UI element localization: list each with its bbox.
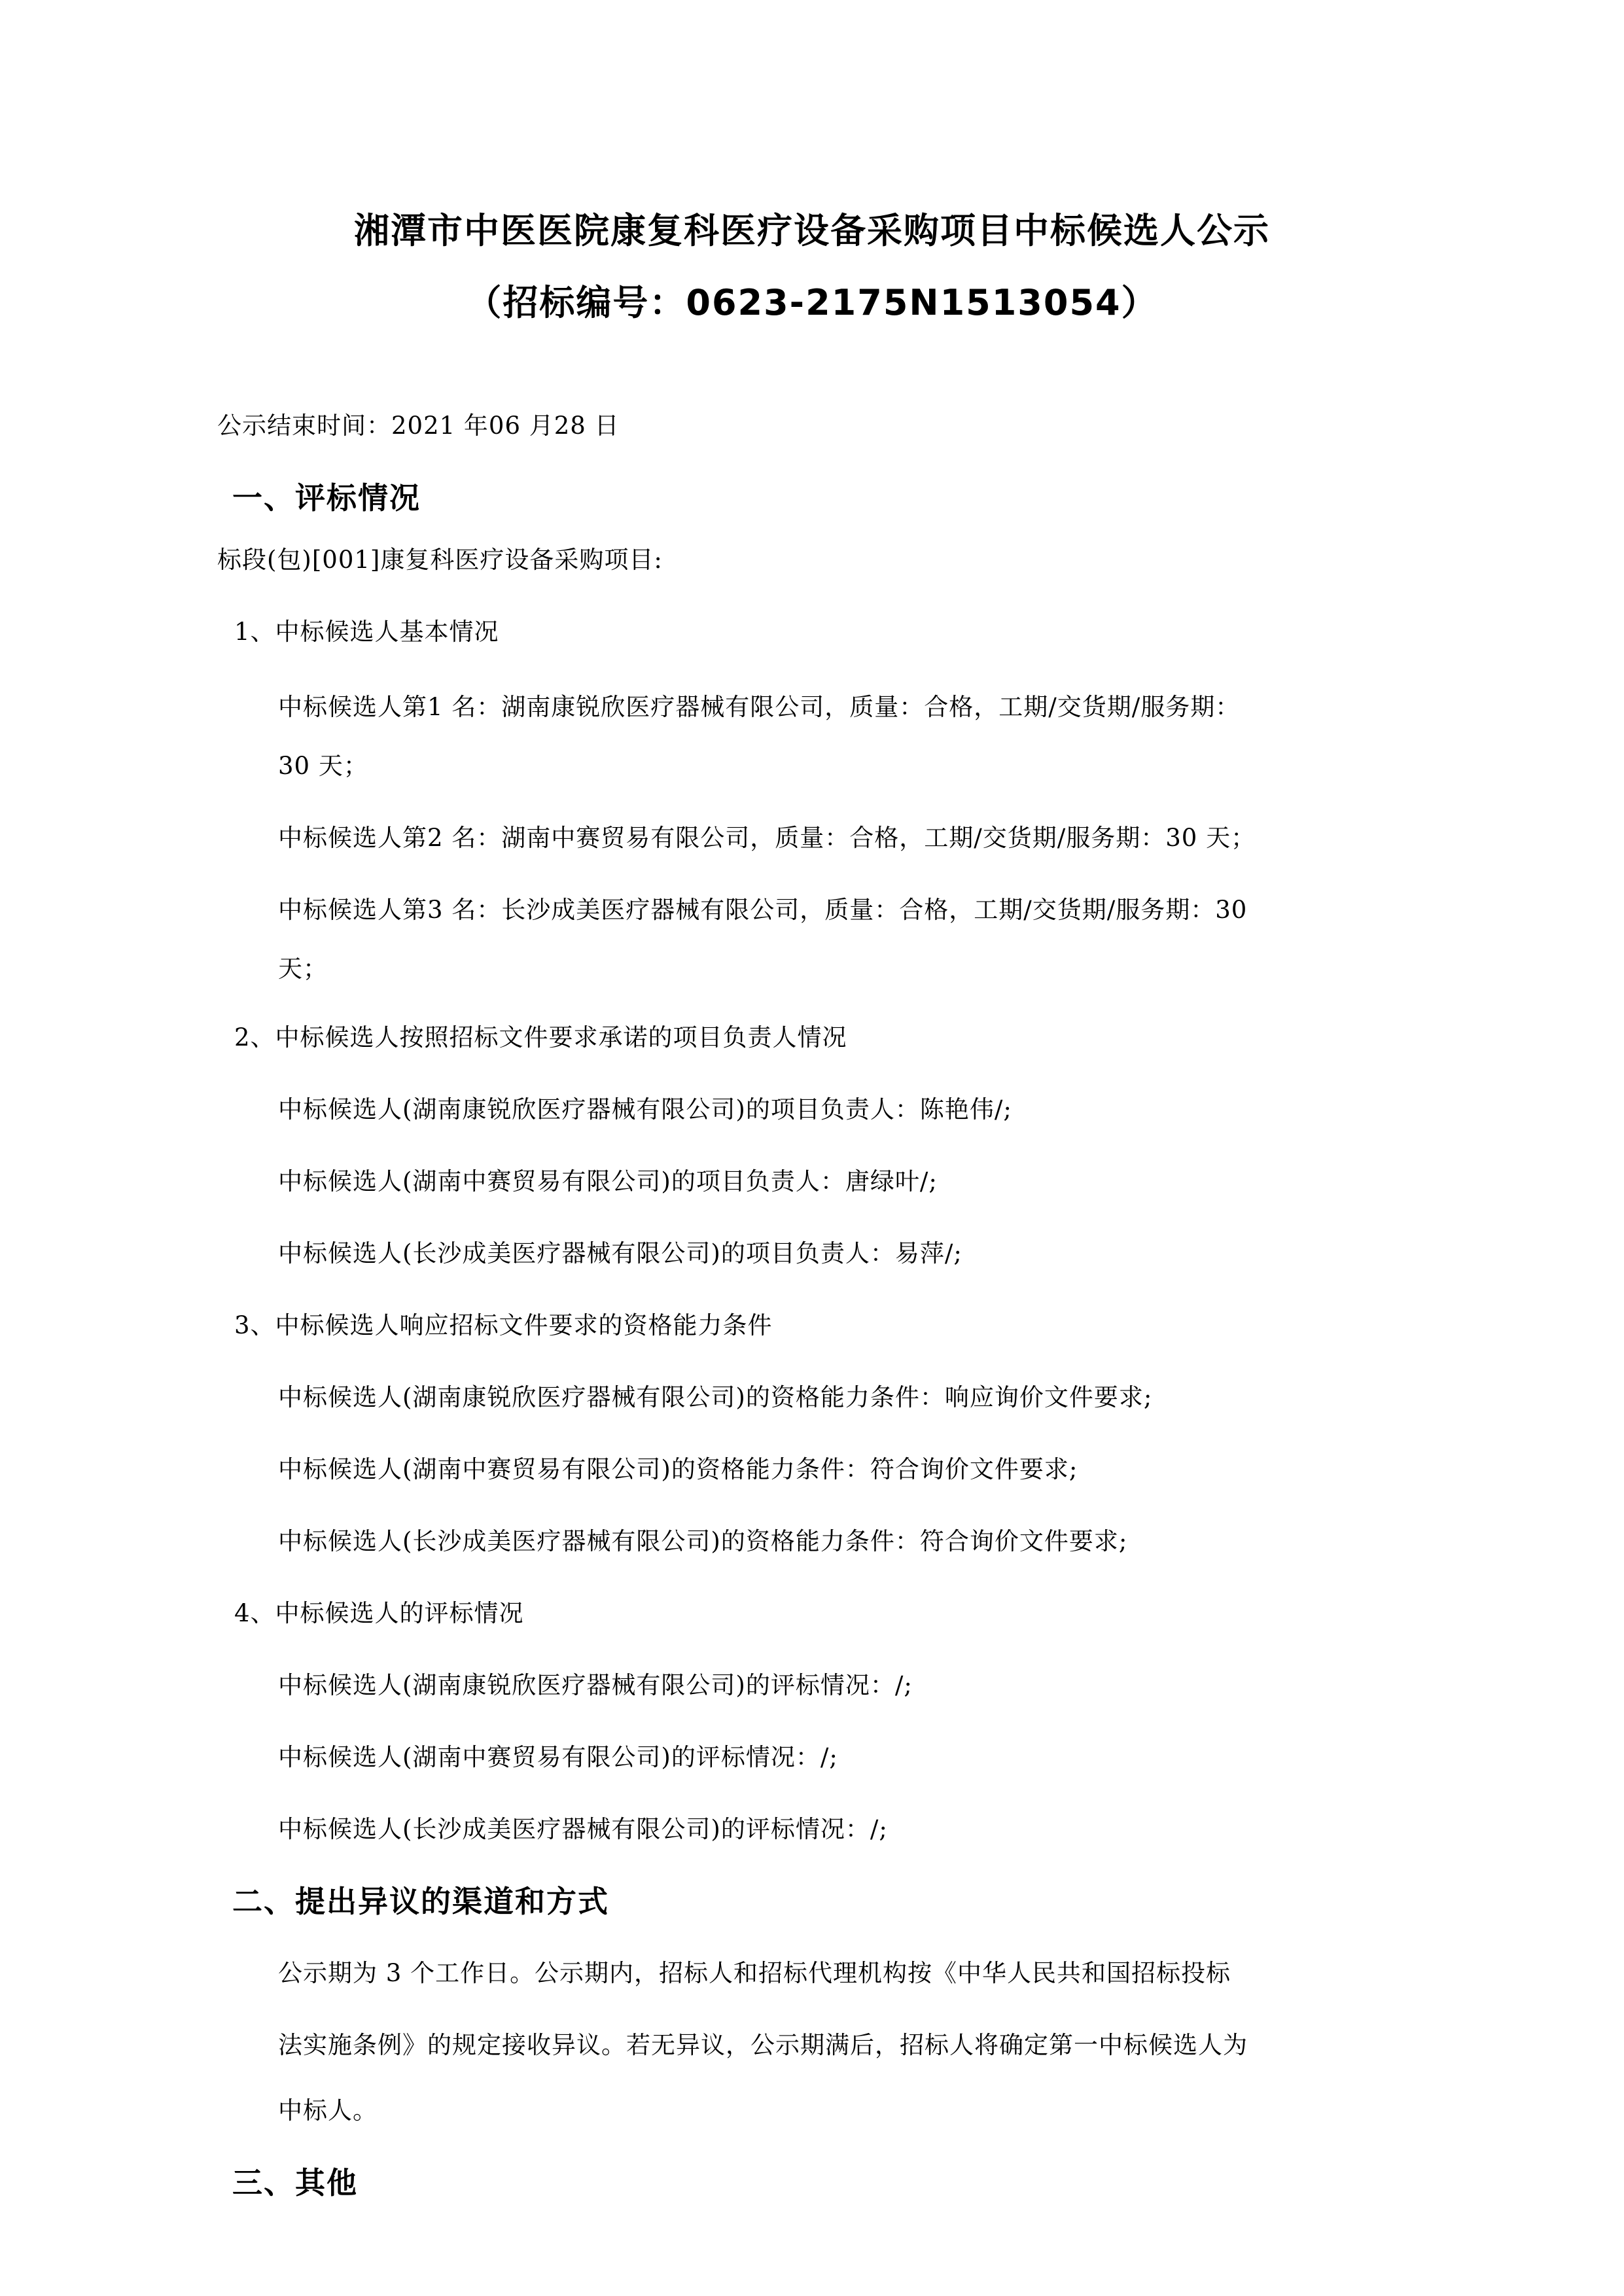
objection-paragraph-line: 法实施条例》的规定接收异议。若无异议，公示期满后，招标人将确定第一中标候选人为 xyxy=(278,2025,1248,2060)
candidate-line: 中标候选人第2 名：湖南中赛贸易有限公司，质量：合格，工期/交货期/服务期：30… xyxy=(278,818,1256,853)
evaluation-line: 中标候选人(湖南中赛贸易有限公司)的评标情况：/; xyxy=(278,1737,838,1773)
notice-end-time: 公示结束时间：2021 年06 月28 日 xyxy=(217,406,620,441)
evaluation-line: 中标候选人(湖南康锐欣医疗器械有限公司)的评标情况：/; xyxy=(278,1665,913,1701)
section-heading-evaluation: 一、评标情况 xyxy=(232,474,421,518)
objection-paragraph-line: 公示期为 3 个工作日。公示期内，招标人和招标代理机构按《中华人民共和国招标投标 xyxy=(278,1953,1231,1988)
tender-number: （招标编号：0623-2175N1513054） xyxy=(0,275,1624,325)
section-heading-other: 三、其他 xyxy=(232,2159,358,2202)
subsection-heading-4: 4、中标候选人的评标情况 xyxy=(234,1593,524,1629)
subsection-heading-3: 3、中标候选人响应招标文件要求的资格能力条件 xyxy=(234,1305,773,1341)
manager-line: 中标候选人(湖南中赛贸易有限公司)的项目负责人：唐绿叶/; xyxy=(278,1161,938,1197)
subsection-heading-2: 2、中标候选人按照招标文件要求承诺的项目负责人情况 xyxy=(234,1017,847,1053)
candidate-line: 30 天； xyxy=(278,746,368,781)
qualification-line: 中标候选人(长沙成美医疗器械有限公司)的资格能力条件：符合询价文件要求; xyxy=(278,1521,1127,1557)
manager-line: 中标候选人(湖南康锐欣医疗器械有限公司)的项目负责人：陈艳伟/; xyxy=(278,1089,1012,1125)
subsection-heading-1: 1、中标候选人基本情况 xyxy=(234,612,499,647)
document-title: 湘潭市中医医院康复科医疗设备采购项目中标候选人公示 xyxy=(0,203,1624,253)
candidate-line: 中标候选人第1 名：湖南康锐欣医疗器械有限公司，质量：合格，工期/交货期/服务期… xyxy=(278,687,1240,722)
qualification-line: 中标候选人(湖南中赛贸易有限公司)的资格能力条件：符合询价文件要求; xyxy=(278,1449,1078,1485)
lot-intro: 标段(包)[001]康复科医疗设备采购项目: xyxy=(217,540,663,575)
objection-paragraph-line: 中标人。 xyxy=(278,2091,378,2126)
candidate-line: 天； xyxy=(278,949,328,984)
evaluation-line: 中标候选人(长沙成美医疗器械有限公司)的评标情况：/; xyxy=(278,1809,888,1845)
section-heading-objection: 二、提出异议的渠道和方式 xyxy=(232,1878,609,1921)
candidate-line: 中标候选人第3 名：长沙成美医疗器械有限公司，质量：合格，工期/交货期/服务期：… xyxy=(278,890,1247,925)
manager-line: 中标候选人(长沙成美医疗器械有限公司)的项目负责人：易萍/; xyxy=(278,1233,962,1269)
qualification-line: 中标候选人(湖南康锐欣医疗器械有限公司)的资格能力条件：响应询价文件要求; xyxy=(278,1377,1152,1413)
